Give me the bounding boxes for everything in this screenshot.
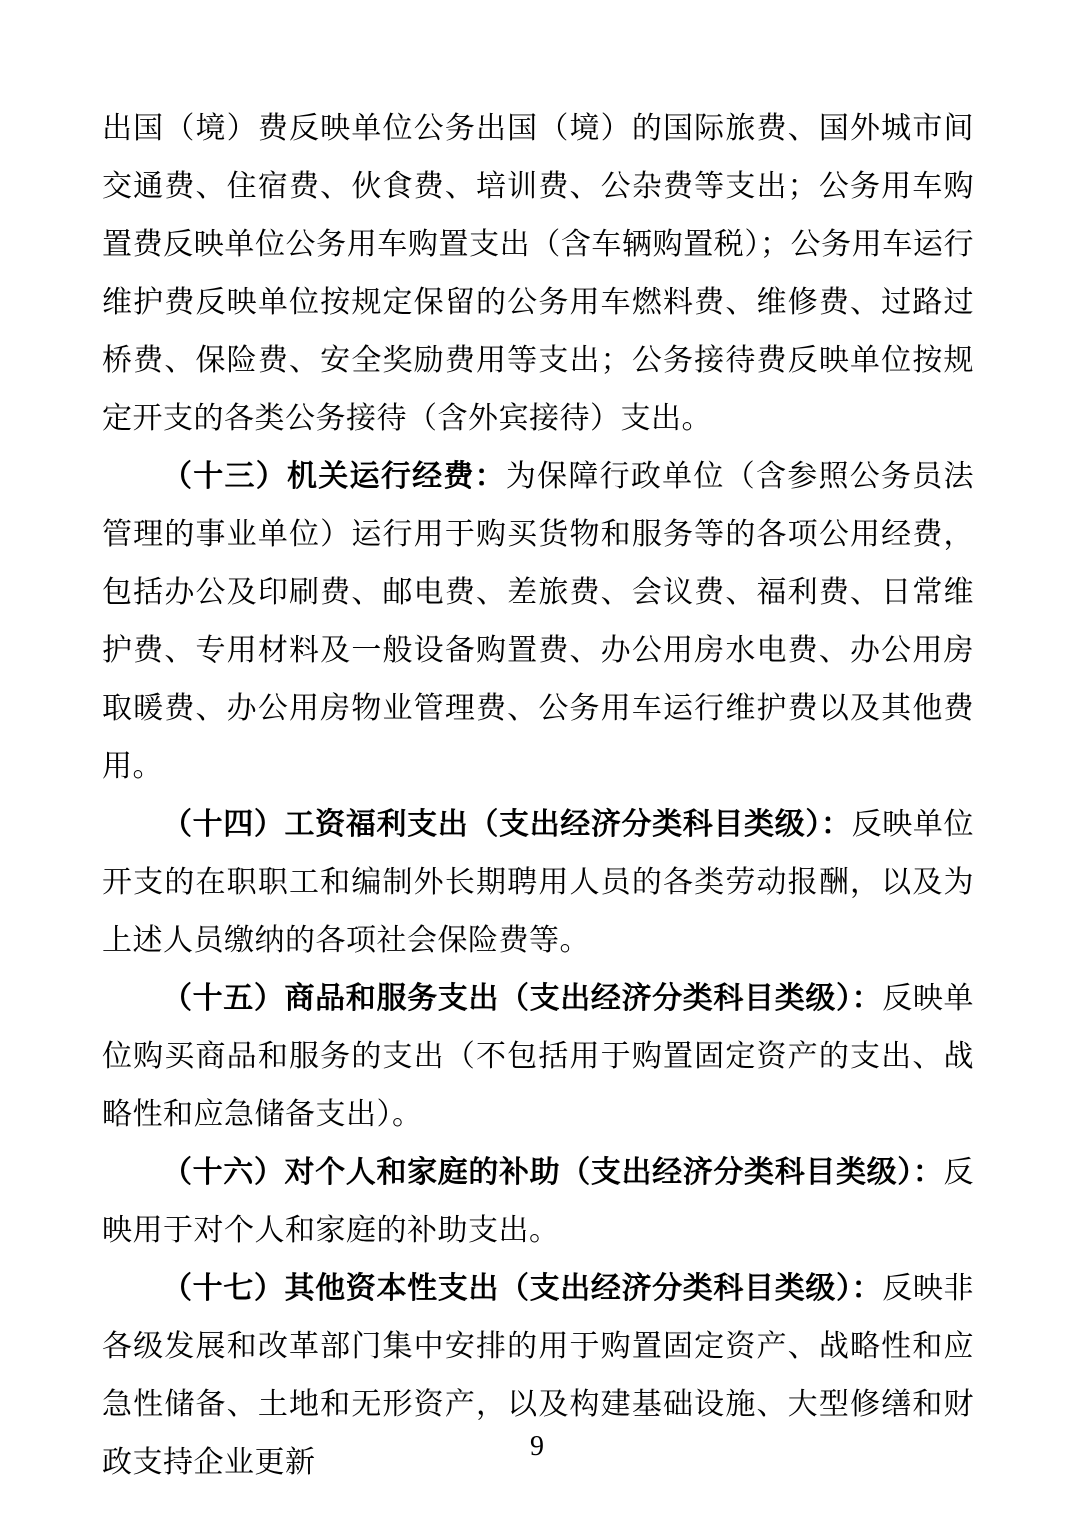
paragraph: （十六）对个人和家庭的补助（支出经济分类科目类级）：反映用于对个人和家庭的补助支…	[102, 1144, 974, 1260]
paragraph-text: 出国（境）费反映单位公务出国（境）的国际旅费、国外城市间交通费、住宿费、伙食费、…	[102, 112, 974, 435]
paragraph-lead: （十六）对个人和家庭的补助（支出经济分类科目类级）：	[162, 1156, 944, 1189]
paragraph: （十五）商品和服务支出（支出经济分类科目类级）：反映单位购买商品和服务的支出（不…	[102, 970, 974, 1144]
paragraph-lead: （十三）机关运行经费：	[162, 460, 506, 493]
document-body: 出国（境）费反映单位公务出国（境）的国际旅费、国外城市间交通费、住宿费、伙食费、…	[102, 100, 974, 1492]
document-page: 出国（境）费反映单位公务出国（境）的国际旅费、国外城市间交通费、住宿费、伙食费、…	[0, 0, 1074, 1520]
paragraph: （十四）工资福利支出（支出经济分类科目类级）：反映单位开支的在职职工和编制外长期…	[102, 796, 974, 970]
paragraph-lead: （十七）其他资本性支出（支出经济分类科目类级）：	[162, 1272, 882, 1305]
paragraph-lead: （十五）商品和服务支出（支出经济分类科目类级）：	[162, 982, 882, 1015]
paragraph: 出国（境）费反映单位公务出国（境）的国际旅费、国外城市间交通费、住宿费、伙食费、…	[102, 100, 974, 448]
page-number: 9	[0, 1429, 1074, 1465]
paragraph: （十三）机关运行经费：为保障行政单位（含参照公务员法管理的事业单位）运行用于购买…	[102, 448, 974, 796]
paragraph-text: 为保障行政单位（含参照公务员法管理的事业单位）运行用于购买货物和服务等的各项公用…	[102, 460, 974, 783]
paragraph-lead: （十四）工资福利支出（支出经济分类科目类级）：	[162, 808, 852, 841]
